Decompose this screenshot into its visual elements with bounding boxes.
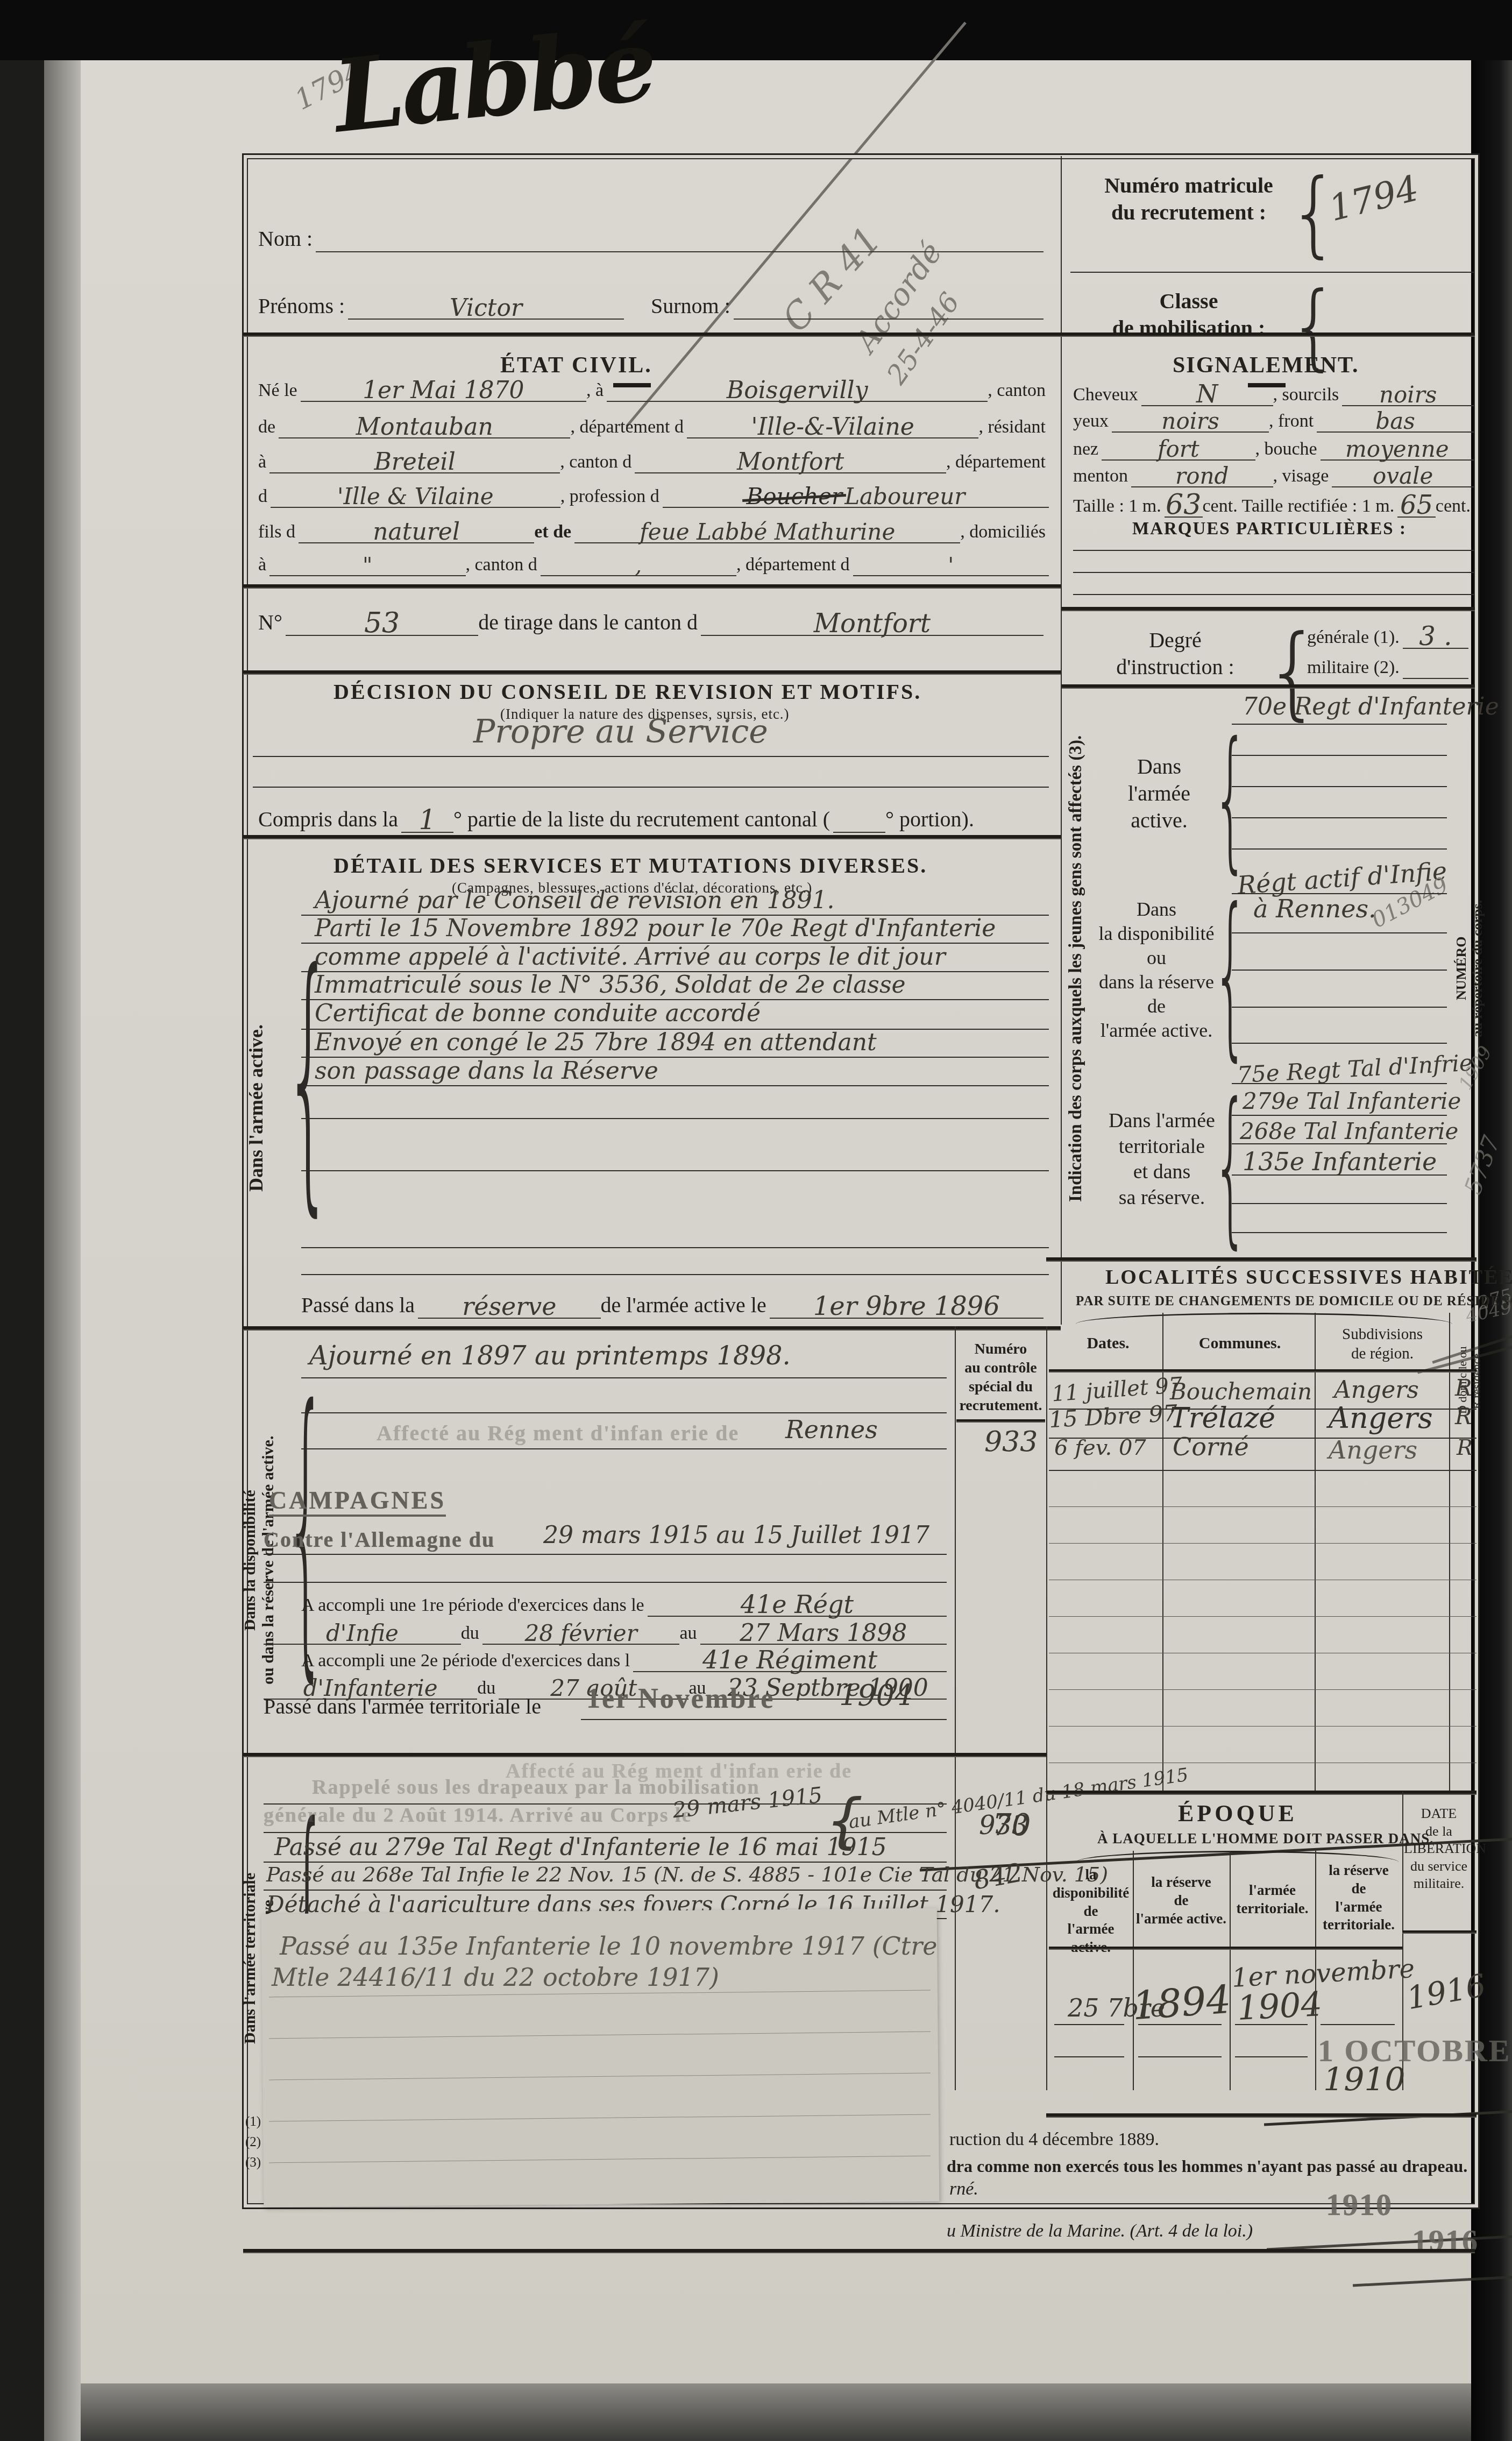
- domicilies-label: , domiciliés: [960, 522, 1049, 543]
- territoriale-rule: [581, 1719, 947, 1720]
- epoque-col3-header: l'armée territoriale.: [1230, 1881, 1315, 1918]
- et-de-label: et de: [534, 522, 574, 543]
- epoque-col2-header: la réserve de l'armée active.: [1133, 1873, 1230, 1928]
- corps-terr-value-4: 135e Infanterie: [1243, 1147, 1437, 1176]
- visage-label: , visage: [1273, 466, 1332, 487]
- marques-line1: [1073, 550, 1474, 551]
- loc-blank-5: [1049, 1653, 1476, 1653]
- matricule-underline: [1070, 272, 1474, 273]
- nez-value: fort: [1158, 436, 1199, 462]
- stamp-1910: 1910: [1326, 2187, 1512, 2223]
- etat-civil-bottom-rule: [243, 584, 1061, 589]
- localites-subtitle: PAR SUITE DE CHANGEMENTS DE DOMICILE OU …: [1076, 1294, 1512, 1309]
- loc-blank-4: [1049, 1616, 1476, 1617]
- service-line-4: Immatriculé sous le N° 3536, Soldat de 2…: [315, 971, 906, 999]
- nom-line: [316, 251, 1044, 252]
- localites-header-rule: [1049, 1369, 1476, 1372]
- page-torn-edge: [44, 60, 81, 2441]
- au1-label: au: [679, 1623, 700, 1645]
- epoque-vline1: [1133, 1851, 1134, 2090]
- footnote-marker-1: (1): [245, 2114, 261, 2129]
- loc-rule3: [1049, 1470, 1476, 1471]
- corps-active-label: Dans l'armée active.: [1097, 753, 1221, 834]
- loc-row3-commune: Corné: [1173, 1432, 1249, 1461]
- marques-line2: [1073, 572, 1474, 573]
- corps-dispo-brace: {: [1212, 872, 1248, 1078]
- tirage-bottom-rule: [243, 670, 1061, 675]
- corps-a-rule1: [1232, 724, 1447, 725]
- du1-label: du: [461, 1623, 482, 1645]
- localites-vline3: [1449, 1313, 1450, 1792]
- generale-value: 3 .: [1419, 621, 1452, 652]
- instruction-militaire-row: militaire (2).: [1307, 657, 1468, 679]
- residant-label: , résidant: [978, 417, 1049, 438]
- tirage-number: 53: [364, 607, 400, 639]
- bouche-label: , bouche: [1255, 439, 1321, 461]
- loc-blank-7: [1049, 1726, 1476, 1727]
- compris-value: 1: [419, 804, 436, 836]
- loc-row1-commune: Bouchemain: [1170, 1378, 1312, 1405]
- epoque-top-rule: [1046, 1791, 1476, 1795]
- departement3-value: 'Ille & Vilaine: [337, 483, 494, 510]
- departement4-value: ': [948, 553, 954, 578]
- services-title: DÉTAIL DES SERVICES ET MUTATIONS DIVERSE…: [333, 853, 927, 878]
- instruction-bottom-rule: [1062, 684, 1475, 689]
- localites-col-dates: Dates.: [1057, 1333, 1159, 1354]
- territoriale-label: Passé dans l'armée territoriale le: [264, 1694, 541, 1719]
- taille-rectifiee-label: cent. Taille rectifiée : 1 m.: [1203, 496, 1398, 518]
- controle-value: 933: [984, 1426, 1038, 1458]
- affecte-value: Rennes: [785, 1415, 878, 1444]
- dispo-rule1: [301, 1377, 947, 1378]
- campagnes-stamp: Contre l'Allemagne du: [264, 1527, 495, 1552]
- compris-label2: ° partie de la liste du recrutement cant…: [453, 806, 833, 833]
- periode1-label: A accompli une 1re période d'exercices d…: [301, 1595, 648, 1617]
- etat-civil-title: ÉTAT CIVIL.: [500, 352, 652, 378]
- epoque-col4-header: la réserve de l'armée territoriale.: [1315, 1862, 1402, 1934]
- compris-label1: Compris dans la: [258, 806, 401, 833]
- loc-blank-3: [1049, 1580, 1476, 1580]
- periode1-corps: d'Infie: [326, 1620, 399, 1646]
- strip-line2: Mtle 24416/11 du 22 octobre 1917): [272, 1963, 719, 1992]
- periode1-row: A accompli une 1re période d'exercices d…: [301, 1590, 947, 1617]
- signalement-bottom-rule: [1062, 607, 1475, 611]
- filiation-row: fils d naturel et de feue Labbé Mathurin…: [258, 518, 1049, 543]
- margin-label-armee-active: Dans l'armée active.: [245, 995, 267, 1221]
- prenoms-label: Prénoms :: [258, 293, 348, 320]
- tirage-canton-value: Montfort: [814, 609, 931, 639]
- periode1b-row: d'Infie du 28 février au 27 Mars 1898: [264, 1619, 947, 1645]
- epoque-r7: [1235, 2056, 1308, 2057]
- service-blank-3: [301, 1247, 1049, 1248]
- decision-line2: [253, 787, 1049, 788]
- loc-row3-dr: R: [1457, 1435, 1473, 1460]
- campagnes-rule: [264, 1554, 947, 1555]
- compris-label3: ° portion).: [885, 806, 977, 833]
- service-blank-2: [301, 1170, 1049, 1171]
- nez-row: nez fort , bouche moyenne: [1073, 436, 1474, 461]
- tirage-text-label: de tirage dans le canton d: [478, 610, 701, 636]
- taille-rectifiee-value: 65: [1400, 490, 1433, 520]
- corps-dispo-label: Dans la disponibilité ou dans la réserve…: [1087, 897, 1226, 1043]
- profession-value: Laboureur: [844, 483, 965, 510]
- surnom-label: Surnom :: [651, 293, 734, 320]
- militaire-label: militaire (2).: [1307, 657, 1403, 679]
- footnote-marker-3: (3): [245, 2155, 261, 2170]
- territoriale-stamp: 1er Novembre: [586, 1683, 775, 1715]
- corps-t-rule2: [1232, 1115, 1447, 1116]
- birthplace-value: Boisgervilly: [727, 377, 868, 404]
- tirage-no-label: N°: [258, 610, 286, 636]
- loc-row2-commune: Trélazé: [1170, 1402, 1275, 1434]
- corps-active-value: 70e Regt d'Infanterie: [1243, 693, 1499, 720]
- service-line-2: Parti le 15 Novembre 1892 pour le 70e Re…: [315, 915, 996, 942]
- yeux-value: noirs: [1161, 408, 1219, 434]
- passe-label1: Passé dans la: [301, 1292, 418, 1319]
- terr-line1: Passé au 279e Tal Regt d'Infanterie le 1…: [274, 1834, 887, 1861]
- epoque-vline2: [1230, 1851, 1231, 2090]
- periode2-row: A accompli une 2e période d'exercices da…: [301, 1645, 947, 1672]
- corps-a-rule4: [1232, 817, 1447, 818]
- loc-row2-dr: R: [1455, 1403, 1472, 1430]
- decision-title: DÉCISION DU CONSEIL DE REVISION ET MOTIF…: [333, 679, 921, 704]
- localites-vline2: [1315, 1313, 1316, 1792]
- epoque-datelib-rule: [1402, 1930, 1476, 1934]
- yeux-row: yeux noirs , front bas: [1073, 408, 1474, 433]
- loc-blank-8: [1049, 1763, 1476, 1763]
- domicile-ditto: ": [363, 553, 372, 578]
- epoque-r3: [1235, 2024, 1308, 2025]
- pere-value: naturel: [373, 518, 460, 546]
- naissance-row1: Né le 1er Mai 1870 , à Boisgervilly , ca…: [258, 377, 1049, 402]
- a2-label: à: [258, 452, 269, 473]
- front-label: , front: [1269, 411, 1317, 433]
- controle-header-rule: [956, 1419, 1045, 1423]
- yeux-label: yeux: [1073, 411, 1112, 433]
- header-bottom-rule: [243, 332, 1475, 337]
- epoque-r1: [1054, 2024, 1124, 2025]
- dispo-rule3: [301, 1448, 947, 1449]
- matricule-label: Numéro matricule du recrutement :: [1087, 172, 1291, 226]
- footnote-4: u Ministre de la Marine. (Art. 4 de la l…: [947, 2221, 1253, 2241]
- corps-t-rule1: [1232, 1083, 1447, 1084]
- loc-blank-2: [1049, 1543, 1476, 1544]
- periode1-fin: 27 Mars 1898: [740, 1619, 907, 1647]
- bouche-value: moyenne: [1345, 436, 1449, 462]
- marques-label: MARQUES PARTICULIÈRES :: [1132, 519, 1407, 539]
- footnote-marker-2: (2): [245, 2135, 261, 2150]
- nez-label: nez: [1073, 439, 1102, 461]
- prenoms-row: Prénoms : Victor: [258, 293, 624, 320]
- service-line-3: comme appelé à l'activité. Arrivé au cor…: [315, 943, 946, 971]
- campagnes-blank: [264, 1582, 947, 1583]
- loc-row3-date: 6 fev. 07: [1054, 1435, 1146, 1460]
- epoque-col1-header: la disponibilité de l'armée active.: [1049, 1866, 1133, 1957]
- corps-t-rule4: [1232, 1174, 1447, 1176]
- taille-row: Taille : 1 m. 63 cent. Taille rectifiée …: [1073, 489, 1474, 518]
- profession-struck-value: Boucher: [746, 483, 842, 510]
- front-value: bas: [1375, 408, 1415, 434]
- residence-value: Breteil: [374, 448, 455, 476]
- epoque-r6: [1138, 2056, 1222, 2057]
- corps-d-rule3: [1232, 970, 1447, 971]
- epoque-subtitle: À LAQUELLE L'HOMME DOIT PASSER DANS: [1097, 1830, 1430, 1847]
- generale-label: générale (1).: [1307, 627, 1403, 649]
- service-rule-7: [301, 1085, 1049, 1086]
- epoque-r4: [1321, 2024, 1395, 2025]
- portion-line: [833, 832, 885, 833]
- instruction-generale-row: générale (1). 3 .: [1307, 621, 1468, 649]
- passe-reserve-row: Passé dans la réserve de l'armée active …: [301, 1291, 1044, 1319]
- a-label: , à: [586, 380, 607, 402]
- frame-bottom-rule: [243, 2249, 1475, 2253]
- rappele-stamp-2: générale du 2 Août 1914. Arrivé au Corps…: [264, 1803, 692, 1827]
- departement-label: , département d: [570, 417, 687, 438]
- corps-a-rule2: [1232, 755, 1447, 756]
- corps-d-rule5: [1232, 1043, 1447, 1044]
- loc-row2-subdiv: Angers: [1329, 1401, 1433, 1435]
- decision-value: Propre au Service: [473, 713, 768, 751]
- service-blank-4: [301, 1274, 1049, 1275]
- militaire-line: [1403, 678, 1468, 679]
- visage-value: ovale: [1373, 463, 1433, 489]
- terr-line2: Passé au 268e Tal Infie le 22 Nov. 15 (N…: [266, 1863, 1108, 1886]
- corps-d-rule4: [1232, 1007, 1447, 1008]
- corps-d-rule1: [1232, 893, 1447, 894]
- signalement-title: SIGNALEMENT.: [1173, 352, 1359, 378]
- epoque-bottom-rule: [1046, 2113, 1476, 2118]
- cheveux-label: Cheveux: [1073, 385, 1141, 406]
- birthdate-value: 1er Mai 1870: [363, 377, 524, 404]
- corps-terr-value-2: 279e Tal Infanterie: [1243, 1088, 1461, 1114]
- profession-row: d 'Ille & Vilaine , profession d Boucher…: [258, 483, 1049, 508]
- nom-label: Nom :: [258, 226, 316, 252]
- dispo-line1: Ajourné en 1897 au printemps 1898.: [309, 1341, 791, 1371]
- military-register-scan: 1794 Labbé C R 41 Accordé 25-4-46 Nom : …: [0, 0, 1512, 2441]
- canton3-value: ,: [635, 553, 642, 578]
- corps-active-brace: {: [1212, 710, 1248, 888]
- scan-top-band: [0, 0, 1512, 60]
- territoriale-value: 1904: [839, 1679, 913, 1713]
- dispo-rule2: [301, 1412, 947, 1413]
- taille-value: 63: [1166, 489, 1201, 521]
- corps-d-rule2: [1232, 932, 1447, 933]
- campagnes-title-stamp: CAMPAGNES: [269, 1486, 446, 1517]
- decision-line1: [253, 756, 1049, 757]
- domicile-row: à " , canton d , , département d ': [258, 553, 1049, 576]
- corps-t-rule6: [1232, 1232, 1447, 1233]
- passe-value2: 1er 9bre 1896: [813, 1291, 1000, 1321]
- compris-row: Compris dans la 1 ° partie de la liste d…: [258, 804, 1022, 833]
- campagnes-value: 29 mars 1915 au 15 Juillet 1917: [543, 1522, 929, 1549]
- main-column-divider: [1061, 156, 1062, 1325]
- affecte-stamp: Affecté au Rég ment d'infan erie de: [377, 1420, 739, 1446]
- footnote-3: rné.: [949, 2179, 978, 2199]
- cheveux-row: Cheveux N , sourcils noirs: [1073, 379, 1474, 406]
- epoque-v3: 1904: [1236, 1984, 1323, 2028]
- controle-col-right: [1046, 1326, 1047, 2090]
- scan-bottom-shadow: [81, 2383, 1471, 2441]
- loc-row1-dr: R: [1455, 1375, 1472, 1401]
- menton-row: menton rond , visage ovale: [1073, 463, 1474, 487]
- surnom-row: Surnom :: [651, 293, 1044, 320]
- tirage-row: N° 53 de tirage dans le canton d Montfor…: [258, 607, 1044, 636]
- epoque-header-rule: [1049, 1947, 1402, 1950]
- terr-rule-b: [264, 1832, 947, 1833]
- localites-top-rule: [1046, 1257, 1476, 1262]
- canton-value: Montauban: [356, 413, 493, 441]
- controle-col-left: [955, 1326, 956, 2090]
- corps-t-rule5: [1232, 1203, 1447, 1204]
- prenoms-value: Victor: [450, 294, 522, 322]
- localites-col-communes: Communes.: [1170, 1333, 1310, 1354]
- sourcils-label: , sourcils: [1273, 385, 1343, 406]
- services-bottom-rule: [243, 1326, 1061, 1331]
- epoque-datelib-header: DATE de la LIBÉRATION du service militai…: [1404, 1805, 1474, 1893]
- corps-vertical-label: Indication des corps auxquels les jeunes…: [1066, 699, 1086, 1237]
- epoque-v2: 1894: [1131, 1977, 1232, 2029]
- service-line-6: Envoyé en congé le 25 7bre 1894 en atten…: [315, 1029, 877, 1056]
- loc-blank-6: [1049, 1689, 1476, 1690]
- localites-title: LOCALITÉS SUCCESSIVES HABITÉES: [1105, 1265, 1512, 1289]
- dispo-bottom-rule: [243, 1753, 1046, 1757]
- loc-blank-1: [1049, 1506, 1476, 1507]
- canton3-label: , canton d: [466, 555, 541, 576]
- decision-bottom-rule: [243, 835, 1061, 839]
- mere-value: feue Labbé Mathurine: [640, 519, 895, 545]
- strip-line1: Passé au 135e Infanterie le 10 novembre …: [280, 1931, 937, 1961]
- corps-t-rule3: [1232, 1143, 1447, 1144]
- residence-row: à Breteil , canton d Montfort , départem…: [258, 448, 1049, 473]
- canton2-value: Montfort: [737, 448, 844, 476]
- passe-value1: réserve: [462, 1292, 556, 1321]
- departement4-label: , département d: [736, 555, 853, 576]
- periode1-debut: 28 février: [524, 1620, 637, 1646]
- corps-dispo-value2: à Rennes.: [1253, 894, 1376, 923]
- cheveux-value: N: [1196, 379, 1218, 408]
- epoque-r2: [1138, 2024, 1222, 2025]
- rappele-stamp-1: Rappelé sous les drapeaux par la mobilis…: [312, 1775, 760, 1799]
- departement-value: 'Ille-&-Vilaine: [751, 413, 914, 441]
- corps-a-rule5: [1232, 848, 1447, 850]
- naissance-row2: de Montauban , département d 'Ille-&-Vil…: [258, 413, 1049, 438]
- profession-label: , profession d: [560, 486, 663, 508]
- d3-label: d: [258, 486, 271, 508]
- menton-value: rond: [1175, 463, 1229, 489]
- loc-row1-subdiv: Angers: [1334, 1376, 1419, 1404]
- service-line-5: Certificat de bonne conduite accordé: [315, 1000, 761, 1027]
- service-blank-1: [301, 1118, 1049, 1119]
- corps-terr-value-3: 268e Tal Infanterie: [1240, 1118, 1458, 1144]
- departement2-label: , département: [946, 452, 1049, 473]
- controle-header: Numéro au contrôle spécial du recrutemen…: [956, 1340, 1045, 1415]
- sourcils-value: noirs: [1379, 381, 1437, 408]
- taille-label: Taille : 1 m.: [1073, 496, 1165, 518]
- footnote-1: ruction du 4 décembre 1889.: [949, 2129, 1159, 2150]
- service-line-1: Ajourné par le Conseil de revision en 18…: [315, 887, 834, 914]
- localites-col-subdiv: Subdivisions de région.: [1321, 1325, 1444, 1364]
- service-line-7: son passage dans la Réserve: [315, 1057, 658, 1085]
- instruction-label: Degré d'instruction :: [1087, 627, 1264, 681]
- surnom-line: [734, 319, 1044, 320]
- periode1-value: 41e Régt: [741, 1590, 854, 1619]
- canton-label: , canton: [988, 380, 1049, 402]
- terr-rule-d: [264, 1890, 947, 1891]
- stamp-1-octobre: 1 OCTOBRE: [1318, 2033, 1511, 2069]
- loc-row3-subdiv: Angers: [1329, 1435, 1417, 1464]
- cent-label: cent.: [1436, 496, 1474, 518]
- de-label: de: [258, 417, 279, 438]
- scan-left-band: [0, 60, 44, 2441]
- periode2-label: A accompli une 2e période d'exercices da…: [301, 1651, 633, 1672]
- footnote-2: dra comme non exercés tous les hommes n'…: [947, 2156, 1467, 2176]
- fils-label: fils d: [258, 522, 299, 543]
- passe-label2: de l'armée active le: [601, 1292, 770, 1319]
- menton-label: menton: [1073, 466, 1131, 487]
- epoque-title: ÉPOQUE: [1178, 1800, 1297, 1827]
- epoque-r5: [1054, 2056, 1124, 2057]
- canton2-label: , canton d: [560, 452, 635, 473]
- marques-line3: [1073, 594, 1474, 595]
- nom-row: Nom :: [258, 226, 1044, 252]
- corps-a-rule3: [1232, 786, 1447, 787]
- periode2-value: 41e Régiment: [702, 1645, 877, 1674]
- ne-le-label: Né le: [258, 380, 301, 402]
- a3-label: à: [258, 555, 269, 576]
